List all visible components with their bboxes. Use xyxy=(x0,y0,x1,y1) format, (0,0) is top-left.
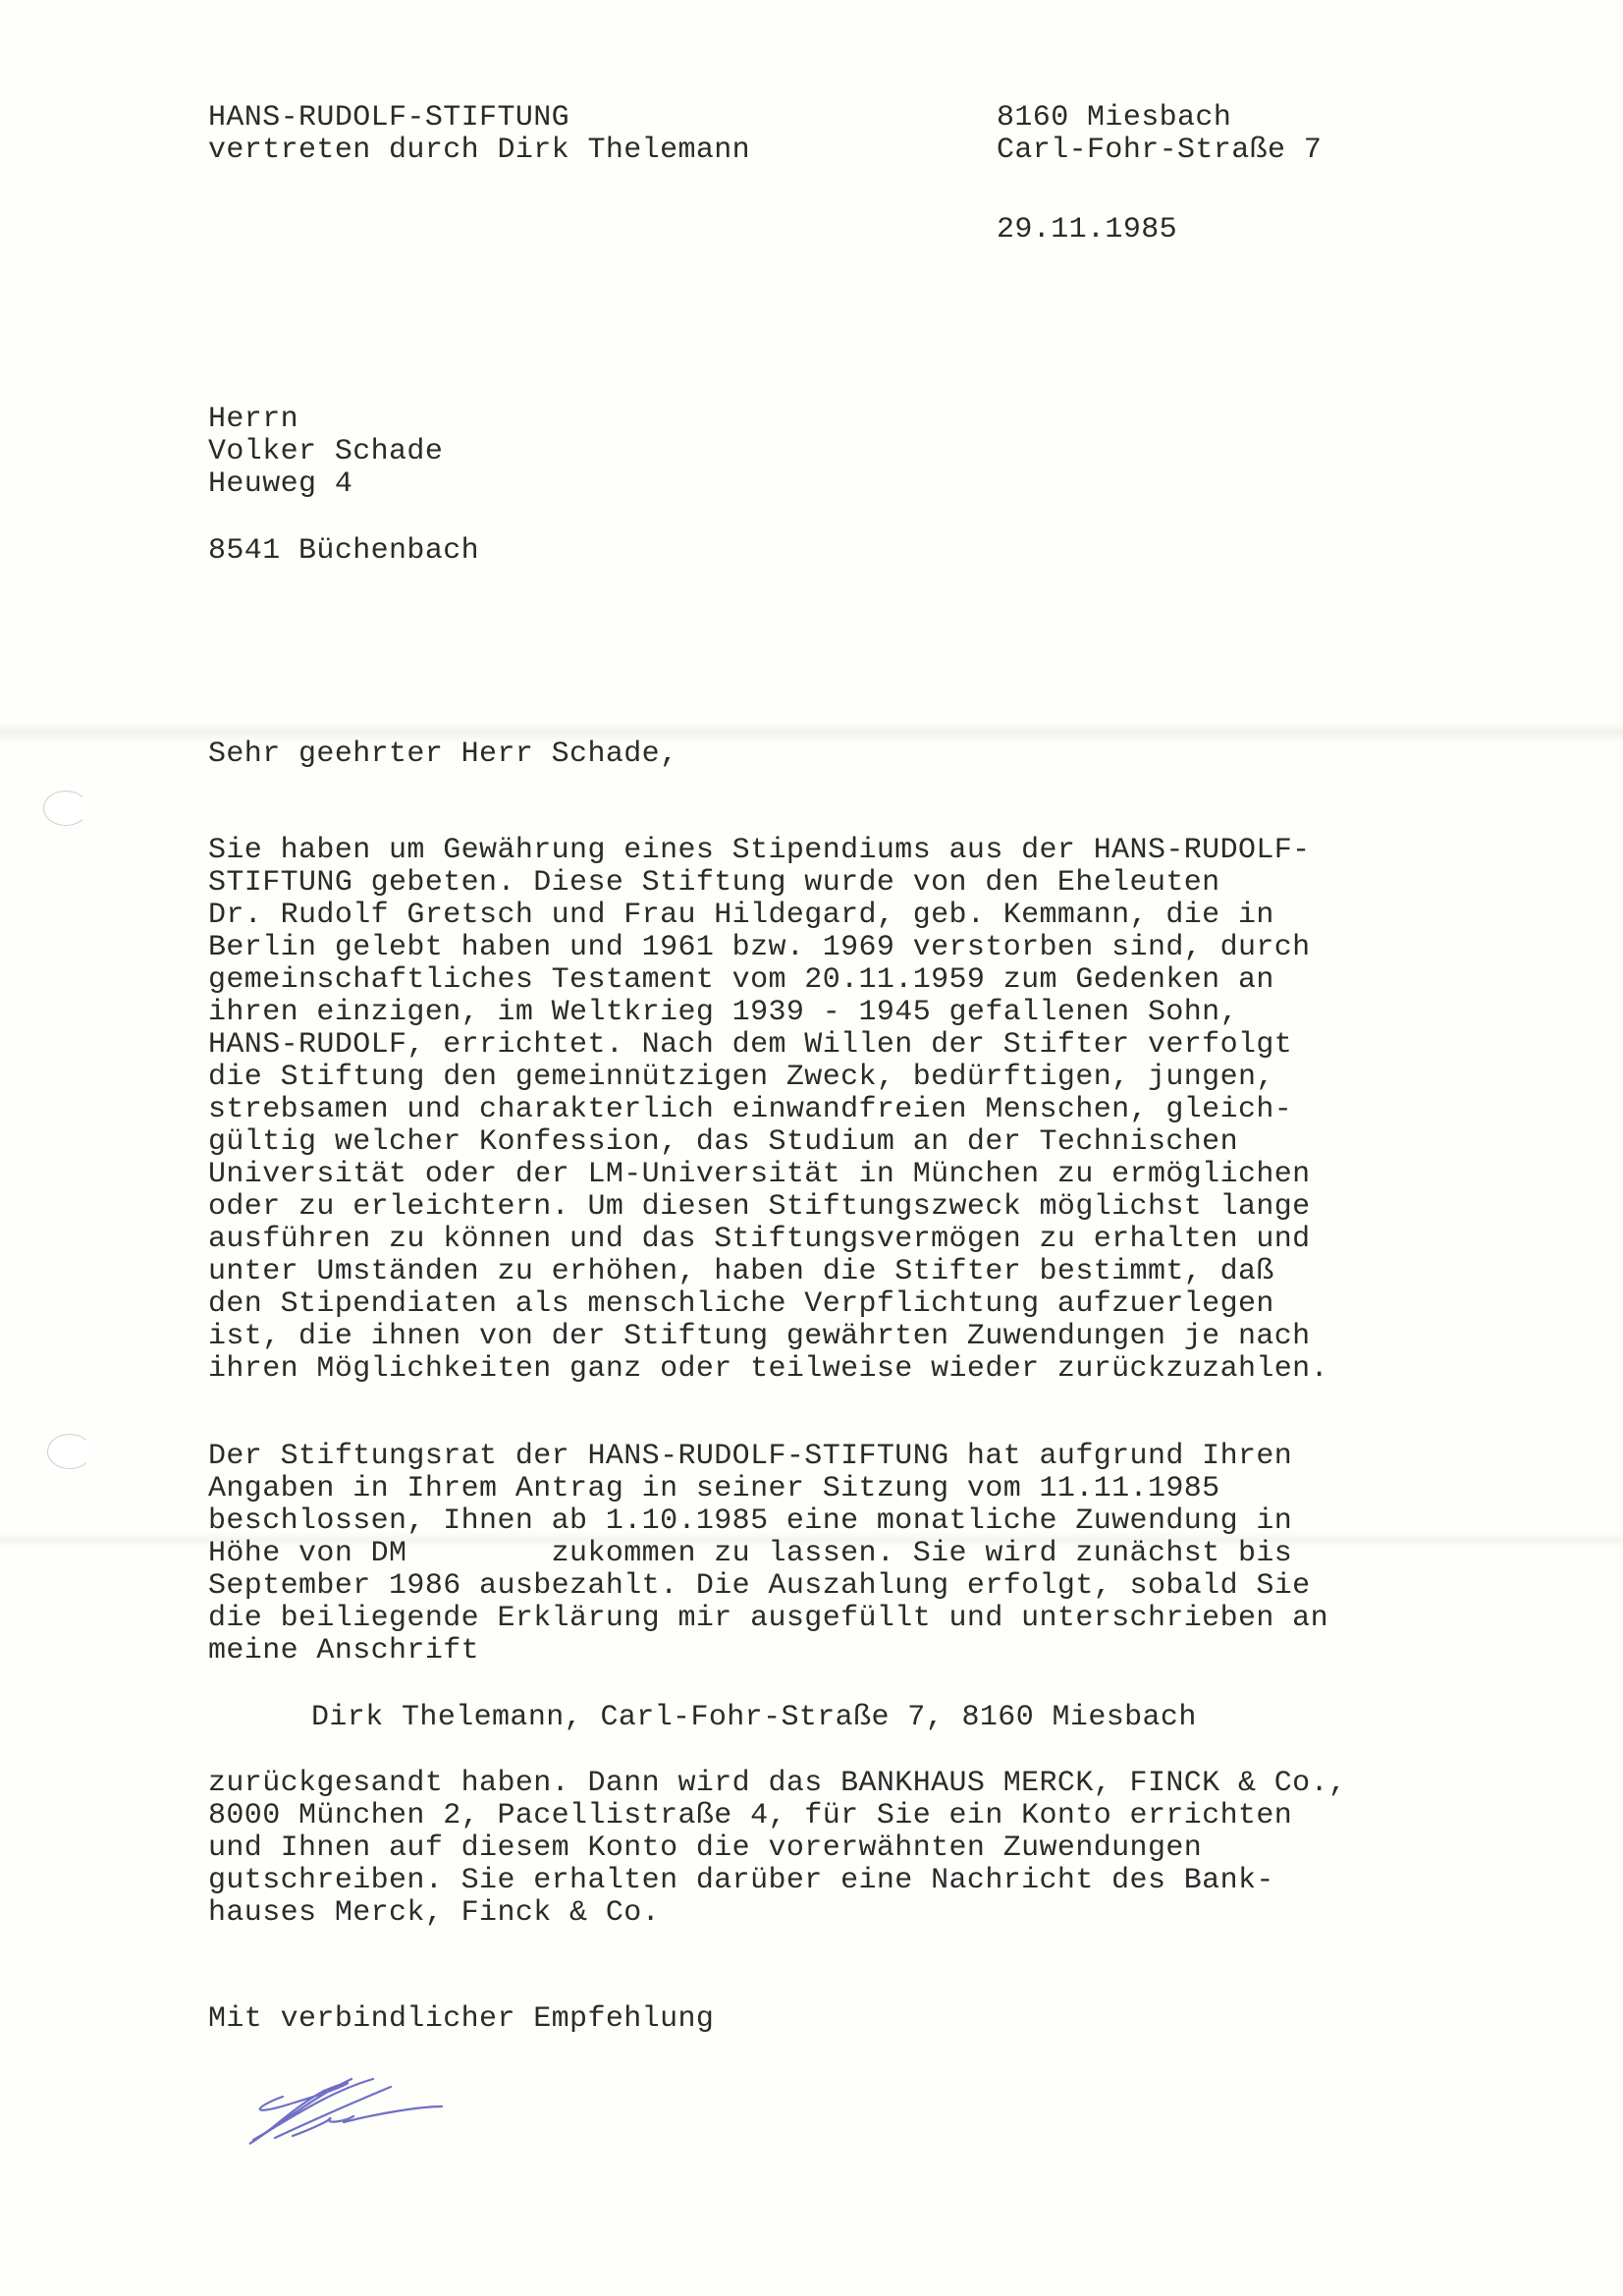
body-paragraph-2: Der Stiftungsrat der HANS-RUDOLF-STIFTUN… xyxy=(208,1441,1328,1667)
letter-date: 29.11.1985 xyxy=(997,214,1177,246)
text-line: Höhe von DM zukommen zu lassen. Sie wird… xyxy=(208,1538,1328,1570)
text-line: Angaben in Ihrem Antrag in seiner Sitzun… xyxy=(208,1473,1328,1505)
sender-name: HANS-RUDOLF-STIFTUNG xyxy=(208,102,750,135)
handwritten-signature-icon xyxy=(236,2067,471,2160)
text-line: und Ihnen auf diesem Konto die vorerwähn… xyxy=(208,1832,1346,1865)
text-line: die Stiftung den gemeinnützigen Zweck, b… xyxy=(208,1062,1328,1094)
punch-hole-icon xyxy=(47,1434,92,1469)
sender-address: 8160 Miesbach Carl-Fohr-Straße 7 xyxy=(997,102,1322,167)
text-line: ausführen zu können und das Stiftungsver… xyxy=(208,1224,1328,1256)
greeting: Sehr geehrter Herr Schade, xyxy=(208,738,677,771)
text-line: strebsamen und charakterlich einwandfrei… xyxy=(208,1094,1328,1126)
recipient-street: Heuweg 4 xyxy=(208,468,443,501)
text-line: gutschreiben. Sie erhalten darüber eine … xyxy=(208,1865,1346,1897)
text-line: Der Stiftungsrat der HANS-RUDOLF-STIFTUN… xyxy=(208,1441,1328,1473)
text-line: September 1986 ausbezahlt. Die Auszahlun… xyxy=(208,1570,1328,1603)
letter-page: HANS-RUDOLF-STIFTUNG vertreten durch Dir… xyxy=(0,0,1623,2296)
text-line: ihren Möglichkeiten ganz oder teilweise … xyxy=(208,1353,1328,1386)
text-line: hauses Merck, Finck & Co. xyxy=(208,1897,1346,1930)
body-paragraph-3: zurückgesandt haben. Dann wird das BANKH… xyxy=(208,1768,1346,1930)
text-line: ist, die ihnen von der Stiftung gewährte… xyxy=(208,1321,1328,1353)
text-line: Dr. Rudolf Gretsch und Frau Hildegard, g… xyxy=(208,900,1328,932)
body-paragraph-1: Sie haben um Gewährung eines Stipendiums… xyxy=(208,835,1328,1386)
text-line: meine Anschrift xyxy=(208,1635,1328,1667)
recipient-salutation: Herrn xyxy=(208,404,443,436)
recipient-city: 8541 Büchenbach xyxy=(208,535,479,568)
punch-hole-icon xyxy=(43,791,88,826)
text-line: den Stipendiaten als menschliche Verpfli… xyxy=(208,1288,1328,1321)
sender-representative: vertreten durch Dirk Thelemann xyxy=(208,135,750,167)
text-line: ihren einzigen, im Weltkrieg 1939 - 1945… xyxy=(208,997,1328,1029)
text-line: HANS-RUDOLF, errichtet. Nach dem Willen … xyxy=(208,1029,1328,1062)
recipient-name: Volker Schade xyxy=(208,436,443,468)
text-line: gemeinschaftliches Testament vom 20.11.1… xyxy=(208,964,1328,997)
text-line: oder zu erleichtern. Um diesen Stiftungs… xyxy=(208,1191,1328,1224)
text-line: gültig welcher Konfession, das Studium a… xyxy=(208,1126,1328,1159)
sender-city: 8160 Miesbach xyxy=(997,102,1322,135)
text-line: beschlossen, Ihnen ab 1.10.1985 eine mon… xyxy=(208,1505,1328,1538)
recipient-block: Herrn Volker Schade Heuweg 4 xyxy=(208,404,443,501)
return-address: Dirk Thelemann, Carl-Fohr-Straße 7, 8160… xyxy=(311,1702,1197,1734)
closing: Mit verbindlicher Empfehlung xyxy=(208,2003,714,2036)
text-line: STIFTUNG gebeten. Diese Stiftung wurde v… xyxy=(208,867,1328,900)
sender-block: HANS-RUDOLF-STIFTUNG vertreten durch Dir… xyxy=(208,102,750,167)
text-line: Sie haben um Gewährung eines Stipendiums… xyxy=(208,835,1328,867)
sender-street: Carl-Fohr-Straße 7 xyxy=(997,135,1322,167)
text-line: zurückgesandt haben. Dann wird das BANKH… xyxy=(208,1768,1346,1800)
text-line: die beiliegende Erklärung mir ausgefüllt… xyxy=(208,1603,1328,1635)
text-line: unter Umständen zu erhöhen, haben die St… xyxy=(208,1256,1328,1288)
text-line: Berlin gelebt haben und 1961 bzw. 1969 v… xyxy=(208,932,1328,964)
text-line: 8000 München 2, Pacellistraße 4, für Sie… xyxy=(208,1800,1346,1832)
text-line: Universität oder der LM-Universität in M… xyxy=(208,1159,1328,1191)
